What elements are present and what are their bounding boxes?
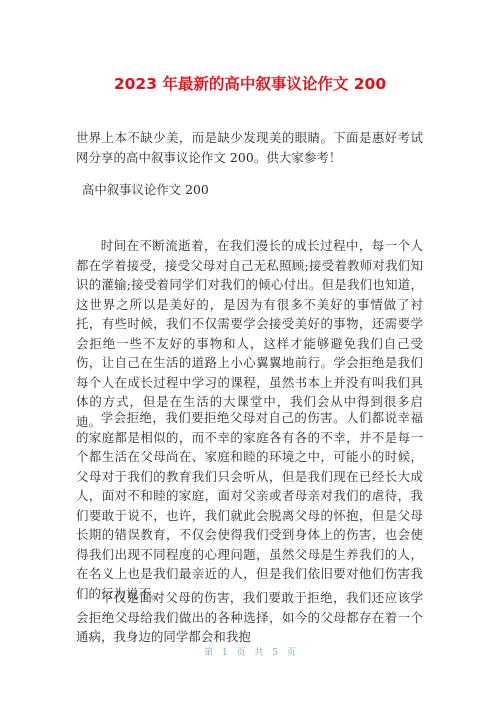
- document-page: 2023 年最新的高中叙事议论作文 200 世界上本不缺少美，而是缺少发现美的眼…: [0, 0, 500, 707]
- intro-text: 世界上本不缺少美，而是缺少发现美的眼睛。下面是惠好考试网分享的高中叙事议论作文 …: [76, 128, 423, 167]
- page-number-footer: 第 1 页 共 5 页: [0, 647, 500, 659]
- paragraph-text: 时间在不断流逝着，在我们漫长的成长过程中，每一个人都在学着接受，接受父母对自己无…: [76, 236, 423, 431]
- body-paragraph-1: 时间在不断流逝着，在我们漫长的成长过程中，每一个人都在学着接受，接受父母对自己无…: [76, 236, 423, 431]
- intro-paragraph: 世界上本不缺少美，而是缺少发现美的眼睛。下面是惠好考试网分享的高中叙事议论作文 …: [76, 128, 423, 167]
- paragraph-text: 不仅是面对父母的伤害，我们要敢于拒绝，我们还应该学会拒绝父母给我们做出的各种选择…: [76, 588, 423, 647]
- paragraph-text: 学会拒绝，我们要拒绝父母对自己的伤害。人们都说幸福的家庭都是相似的，而不幸的家庭…: [76, 408, 423, 603]
- body-paragraph-3: 不仅是面对父母的伤害，我们要敢于拒绝，我们还应该学会拒绝父母给我们做出的各种选择…: [76, 588, 423, 647]
- essay-subtitle: 高中叙事议论作文 200: [82, 180, 209, 200]
- document-title: 2023 年最新的高中叙事议论作文 200: [0, 73, 500, 95]
- body-paragraph-2: 学会拒绝，我们要拒绝父母对自己的伤害。人们都说幸福的家庭都是相似的，而不幸的家庭…: [76, 408, 423, 603]
